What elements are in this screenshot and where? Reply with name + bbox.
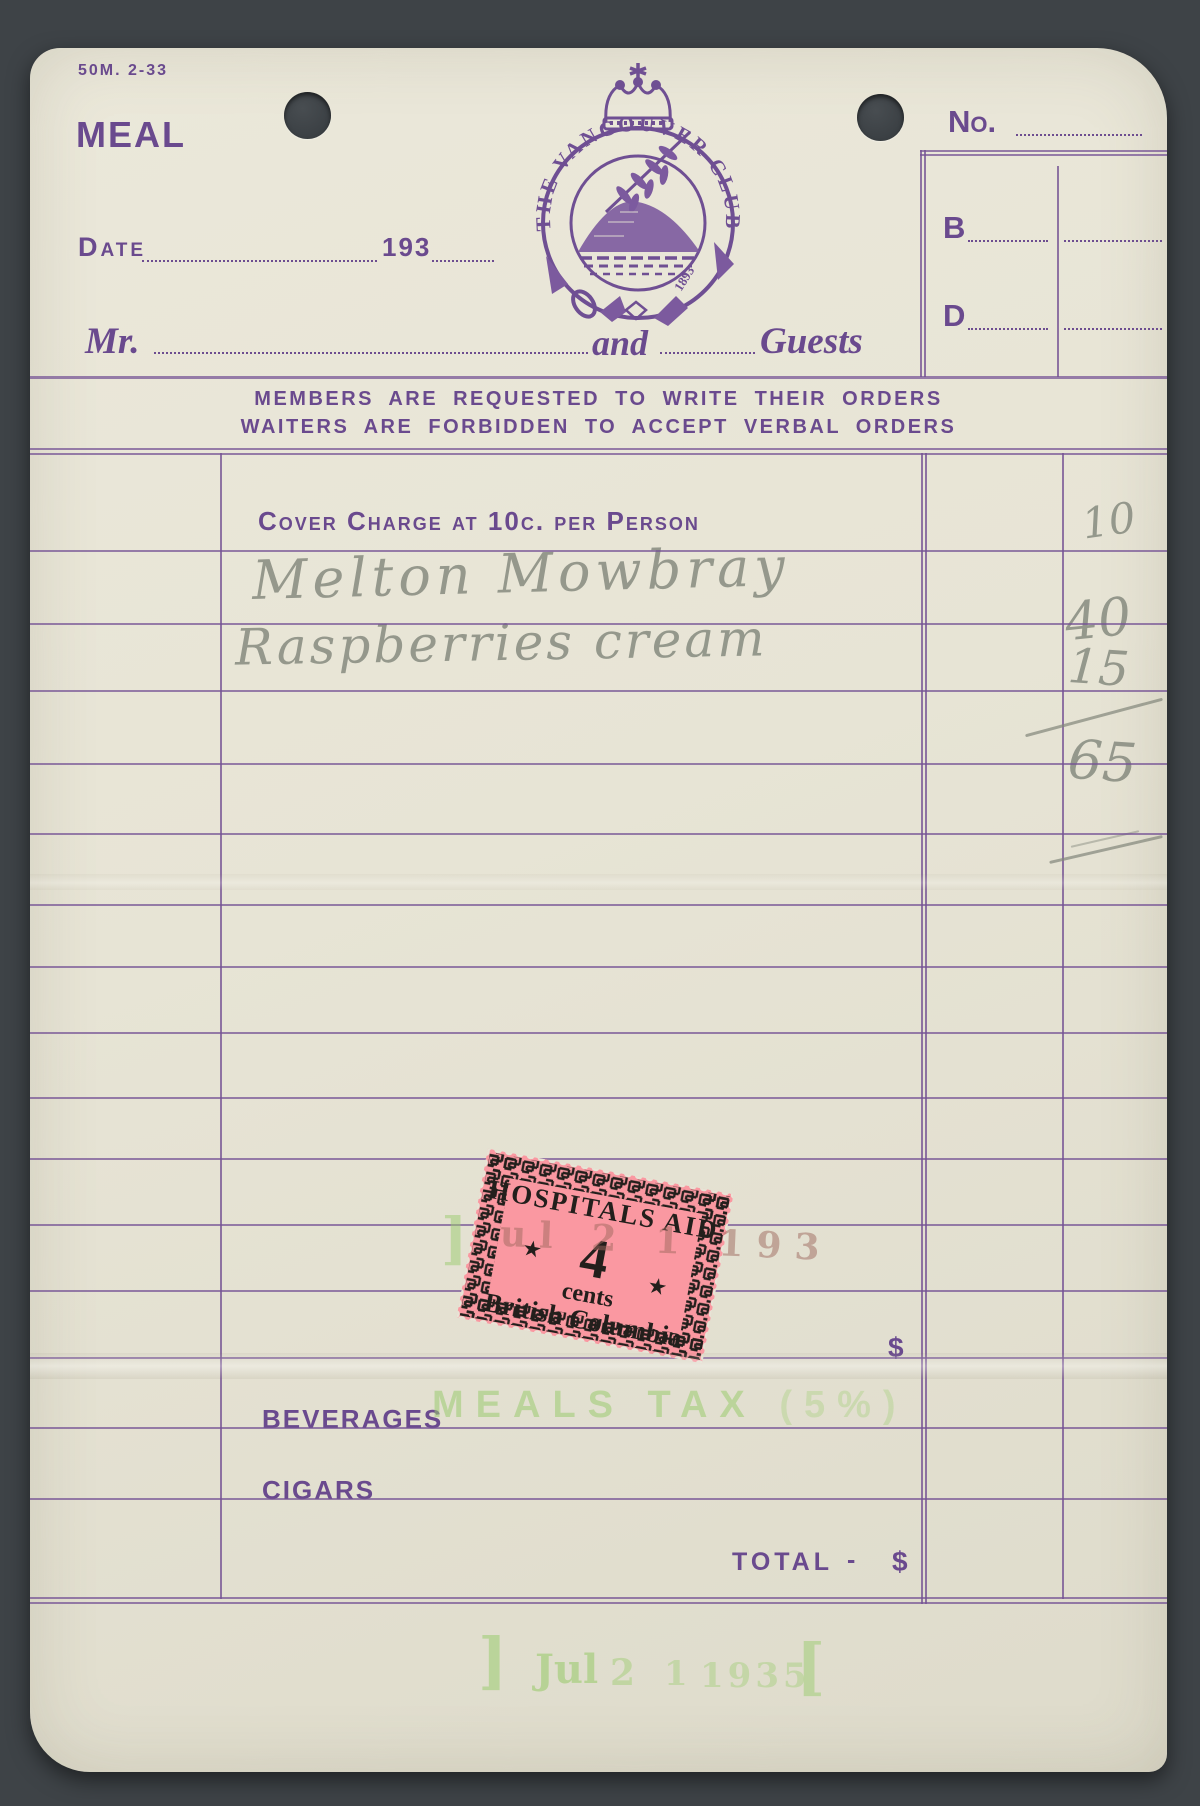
paper-crease-horizontal-2: [30, 874, 1167, 890]
bottom-date-month: Jul: [535, 1646, 598, 1693]
table-row-line: [30, 833, 1167, 835]
handwritten-item-1: Melton Mowbray: [251, 535, 790, 612]
crest-founded-year: 1893: [671, 263, 698, 293]
meals-tax-overprint: MEALS TAX (5%): [432, 1384, 908, 1427]
page-title: MEAL: [76, 114, 186, 156]
bottom-date-left-bracket: ]: [478, 1624, 507, 1697]
beverages-label: BEVERAGES: [262, 1404, 443, 1435]
punch-hole-left: [284, 92, 331, 139]
mr-dotted-line: [154, 352, 588, 354]
punch-hole-right: [857, 94, 904, 141]
table-row-line: [30, 1158, 1167, 1160]
table-top-rule-1: [30, 448, 1167, 450]
table-row-line: [30, 1357, 1167, 1359]
total-dash: -: [847, 1546, 855, 1575]
bd-box-inner-line: [1057, 166, 1059, 377]
table-row-line: [30, 1498, 1167, 1500]
table-row-line: [30, 1427, 1167, 1429]
cover-charge-label: Cover Charge at 10c. per Person: [258, 506, 700, 537]
b-dotted-line: [968, 240, 1048, 242]
table-row-line: [30, 690, 1167, 692]
b-dotted-line-right: [1064, 240, 1162, 242]
table-bottom-rule-1: [30, 1597, 1167, 1599]
table-row-line: [30, 763, 1167, 765]
header-rule: [30, 376, 1167, 379]
d-dotted-line: [968, 328, 1048, 330]
stamp-date-left-bracket: ]: [441, 1206, 468, 1272]
total-label: TOTAL: [732, 1548, 833, 1577]
meal-check-paper: 50M. 2-33 MEAL No. Date 193 B D: [30, 48, 1167, 1772]
table-bottom-rule-2: [30, 1602, 1167, 1604]
meals-tax-rate: (5%): [779, 1384, 907, 1426]
handwritten-subtotal: 65: [1066, 728, 1139, 796]
cigars-label: CIGARS: [262, 1475, 375, 1506]
table-top-rule-2: [30, 453, 1167, 455]
and-label: and: [592, 322, 648, 364]
and-dotted-line: [660, 352, 755, 354]
vancouver-club-crest: THE VANCOUVER CLUB 1893: [508, 60, 768, 332]
table-row-line: [30, 1097, 1167, 1099]
handwritten-item-2: Raspberries cream: [235, 609, 768, 676]
meals-tax-text: MEALS TAX: [432, 1384, 757, 1426]
bd-box-top-rule-2: [920, 154, 1167, 156]
bottom-date-right-bracket: [: [796, 1630, 825, 1703]
table-amount-column-line-2: [925, 453, 927, 1604]
number-dotted-line: [1016, 134, 1142, 136]
handwritten-cover-charge-amount: 10: [1079, 493, 1139, 549]
table-row-line: [30, 623, 1167, 625]
date-label: Date: [78, 232, 146, 263]
notice-line-2: WAITERS ARE FORBIDDEN TO ACCEPT VERBAL O…: [30, 416, 1167, 439]
number-label: No.: [948, 104, 996, 140]
date-dotted-line: [142, 260, 377, 262]
bottom-date-year: 1935: [700, 1656, 811, 1696]
table-row-line: [30, 904, 1167, 906]
guests-label: Guests: [760, 320, 863, 363]
bottom-date-digit-2: 1: [664, 1654, 688, 1694]
bd-box-left-line-2: [924, 150, 926, 377]
table-row-line: [30, 1032, 1167, 1034]
d-label: D: [943, 298, 965, 334]
notice-line-1: MEMBERS ARE REQUESTED TO WRITE THEIR ORD…: [30, 388, 1167, 411]
bd-box-left-line-1: [920, 150, 922, 377]
year-prefix: 193: [382, 232, 431, 263]
bd-box-top-rule-1: [920, 150, 1167, 152]
total-dollar-sign: $: [892, 1546, 908, 1578]
bottom-date-digit-1: 2: [610, 1652, 635, 1694]
amount-dollar-sign: $: [888, 1332, 904, 1364]
form-number: 50M. 2-33: [78, 62, 168, 80]
table-row-line: [30, 966, 1167, 968]
year-dotted-line: [432, 260, 494, 262]
d-dotted-line-right: [1064, 328, 1162, 330]
table-row-line: [30, 550, 1167, 552]
b-label: B: [943, 210, 965, 246]
table-amount-column-line-1: [921, 453, 923, 1604]
mr-label: Mr.: [85, 320, 140, 363]
